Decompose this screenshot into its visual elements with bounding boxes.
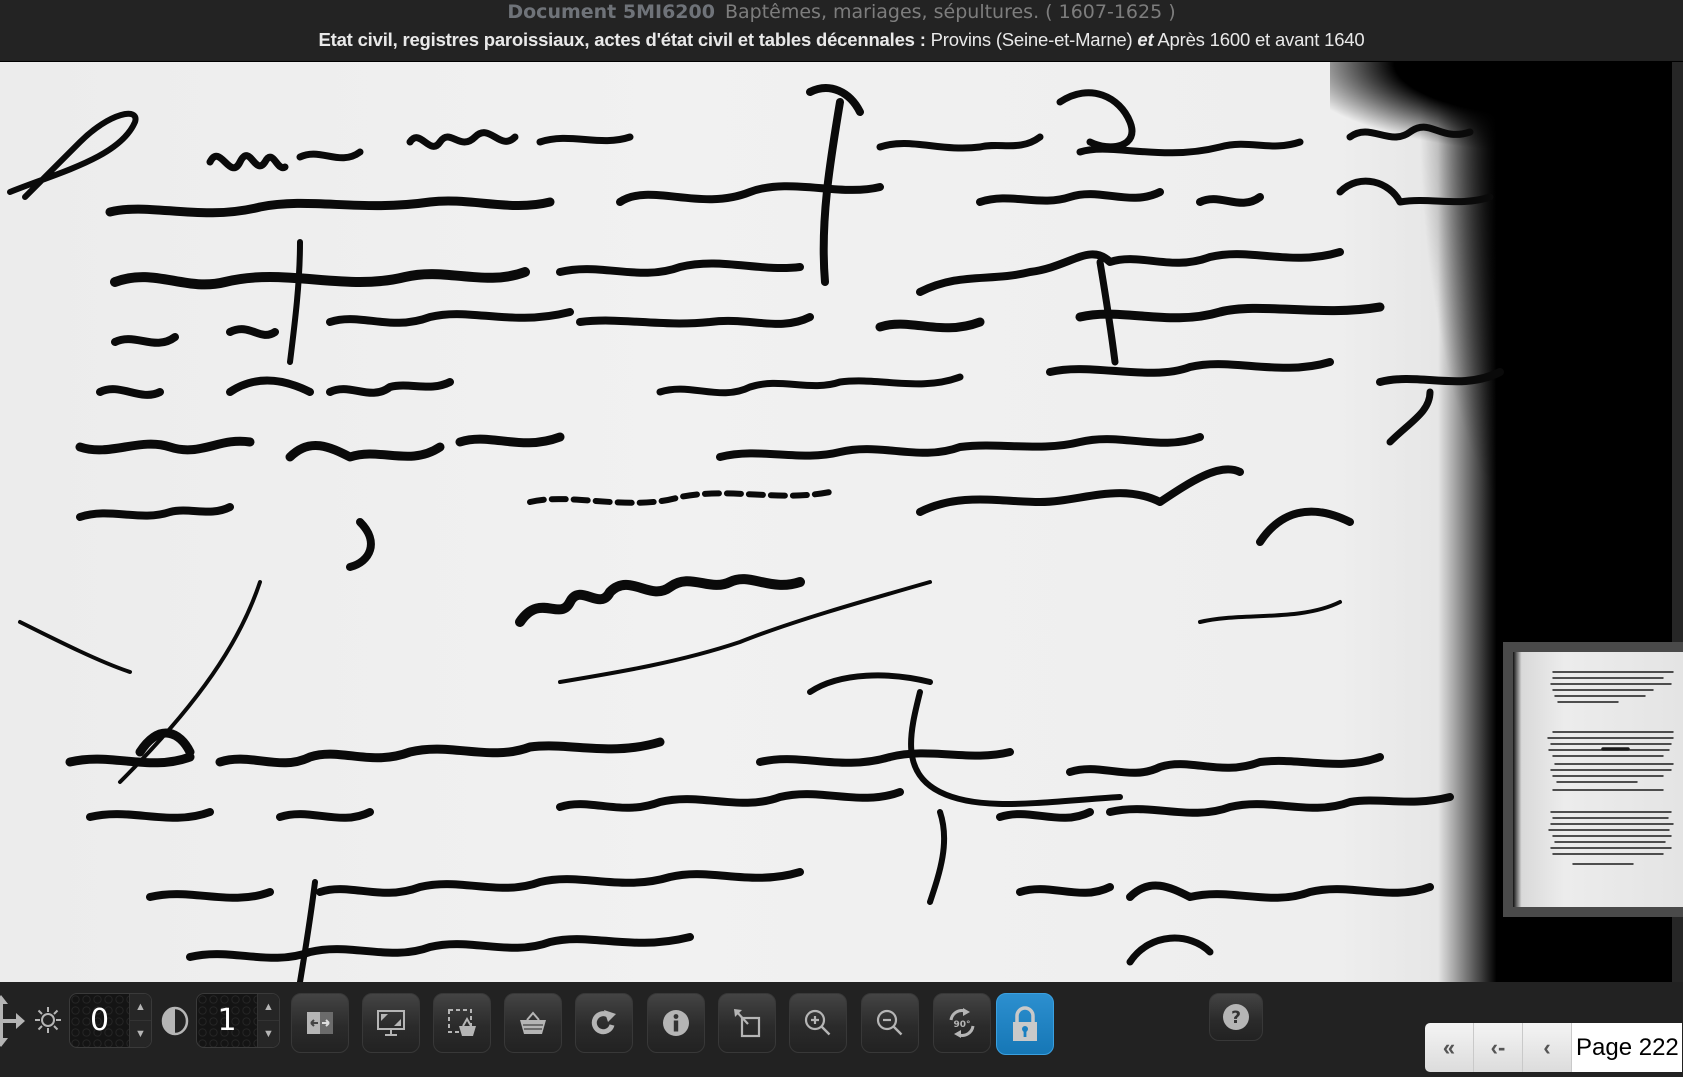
info-button[interactable] bbox=[647, 993, 705, 1053]
zoom-in-icon bbox=[804, 1009, 832, 1037]
contrast-increase-button[interactable]: ▲ bbox=[258, 994, 279, 1021]
document-id: Document 5MI6200 bbox=[507, 1, 715, 23]
selection-basket-icon bbox=[447, 1008, 477, 1038]
brightness-value[interactable]: 0 bbox=[70, 994, 129, 1047]
place-label: Provins (Seine-et-Marne) bbox=[931, 29, 1133, 50]
help-button[interactable]: ? bbox=[1209, 993, 1263, 1041]
fullscreen-button[interactable] bbox=[362, 993, 420, 1053]
zoom-in-button[interactable] bbox=[789, 993, 847, 1053]
info-icon bbox=[662, 1009, 690, 1037]
lock-icon bbox=[1011, 1006, 1039, 1042]
conjunction-label: et bbox=[1137, 29, 1153, 50]
basket-button[interactable] bbox=[504, 993, 562, 1053]
contrast-stepper[interactable]: 1 ▲ ▼ bbox=[196, 993, 280, 1048]
lock-button[interactable] bbox=[996, 993, 1054, 1055]
period-label: Après 1600 et avant 1640 bbox=[1157, 29, 1364, 50]
basket-icon bbox=[519, 1011, 547, 1035]
brightness-decrease-button[interactable]: ▼ bbox=[130, 1021, 151, 1047]
select-to-basket-button[interactable] bbox=[433, 993, 491, 1053]
first-page-button[interactable]: « bbox=[1425, 1023, 1474, 1072]
svg-text:90°: 90° bbox=[953, 1020, 970, 1030]
rotate-90-icon: 90° bbox=[947, 1008, 977, 1038]
document-header: Document 5MI6200Baptêmes, mariages, sépu… bbox=[0, 0, 1683, 60]
series-label: Etat civil, registres paroissiaux, actes… bbox=[318, 29, 925, 50]
pan-move-icon[interactable] bbox=[0, 993, 26, 1049]
handwriting-strokes bbox=[0, 62, 1580, 982]
rotate-90-button[interactable]: 90° bbox=[933, 993, 991, 1053]
contrast-value[interactable]: 1 bbox=[197, 994, 257, 1047]
document-description: Baptêmes, mariages, sépultures. ( 1607-1… bbox=[725, 1, 1176, 23]
fullscreen-monitor-icon bbox=[377, 1009, 405, 1037]
fit-page-icon bbox=[733, 1008, 761, 1038]
reset-button[interactable] bbox=[575, 993, 633, 1053]
page-thumbnail-navigator[interactable] bbox=[1503, 642, 1683, 917]
zoom-out-icon bbox=[876, 1009, 904, 1037]
document-subtitle: Etat civil, registres paroissiaux, actes… bbox=[0, 29, 1683, 51]
image-viewer[interactable] bbox=[0, 61, 1683, 982]
document-title: Document 5MI6200Baptêmes, mariages, sépu… bbox=[0, 1, 1683, 23]
contrast-decrease-button[interactable]: ▼ bbox=[258, 1021, 279, 1047]
brightness-increase-button[interactable]: ▲ bbox=[130, 994, 151, 1021]
svg-text:?: ? bbox=[1231, 1008, 1241, 1028]
brightness-stepper[interactable]: 0 ▲ ▼ bbox=[69, 993, 152, 1048]
page-number-input[interactable]: Page 222 d bbox=[1572, 1023, 1682, 1072]
sun-icon bbox=[34, 1003, 62, 1037]
invert-colors-icon bbox=[307, 1012, 333, 1034]
zoom-out-button[interactable] bbox=[861, 993, 919, 1053]
back-many-pages-button[interactable]: ‹- bbox=[1474, 1023, 1523, 1072]
invert-colors-button[interactable] bbox=[291, 993, 349, 1053]
contrast-icon bbox=[161, 1003, 189, 1039]
fit-page-button[interactable] bbox=[718, 993, 776, 1053]
previous-page-button[interactable]: ‹ bbox=[1523, 1023, 1572, 1072]
page-navigation: « ‹- ‹ Page 222 d bbox=[1425, 1023, 1682, 1072]
reset-icon bbox=[590, 1009, 618, 1037]
help-icon: ? bbox=[1222, 1003, 1250, 1031]
page-thumbnail[interactable] bbox=[1513, 652, 1683, 907]
